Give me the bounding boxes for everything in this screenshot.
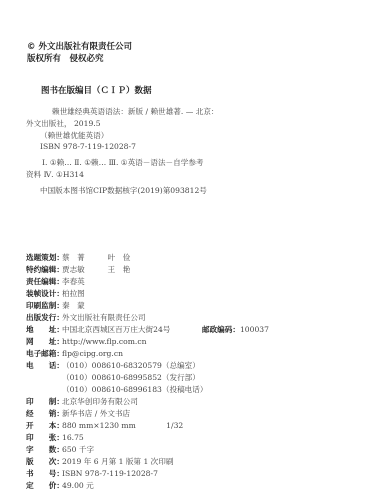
cip-line-4: ISBN 978-7-119-12028-7 — [40, 142, 136, 151]
credit-row: （010）008610-68996183（投稿电话） — [26, 384, 207, 396]
credit-row: 印刷监制：秦 蒙 — [26, 300, 85, 312]
credit-row: 版 次：2019 年 6 月第 1 版第 1 次印刷 — [26, 456, 173, 468]
credit-row: 电子邮箱：flp@cipg.org.cn — [26, 348, 123, 360]
credit-row: 印 张：16.75 — [26, 432, 84, 444]
cip-line-5: Ⅰ. ①赖… Ⅱ. ①赖… Ⅲ. ①英语－语法－自学参考 — [42, 157, 204, 168]
credit-row: 出版发行：外文出版社有限责任公司 — [26, 312, 146, 324]
credit-row: 电 话：（010）008610-68320579（总编室） — [26, 360, 200, 372]
cip-number: 中国版本图书馆CIP数据核字(2019)第093812号 — [40, 185, 207, 196]
cip-title: 图书在版编目（ＣＩＰ）数据 — [41, 84, 152, 96]
credit-row: 地 址：中国北京西城区百万庄大街24号 — [26, 324, 170, 336]
credit-row: 责任编辑：李春英 — [26, 276, 85, 288]
cip-line-2: 外文出版社， 2019.5 — [26, 118, 101, 129]
credit-row: 特约编辑：贾志敏 王 艳 — [26, 264, 130, 276]
credit-row: 开 本：880 mm×1230 mm 1/32 — [26, 420, 183, 432]
credit-row: 经 销：新华书店 / 外文书店 — [26, 408, 130, 420]
credit-row: 字 数：650 千字 — [26, 444, 94, 456]
credit-row: 定 价：49.00 元 — [26, 480, 94, 492]
credit-row: 网 址：http://www.flp.com.cn — [26, 336, 146, 348]
credit-row: 装帧设计：柏拉图 — [26, 288, 85, 300]
credit-row: （010）008610-68995852（发行部） — [26, 372, 200, 384]
credit-row: 书 号：ISBN 978-7-119-12028-7 — [26, 468, 158, 480]
postal-code: 邮政编码：100037 — [202, 324, 269, 336]
credit-row: 选题策划：蔡 菁 叶 俭 — [26, 252, 130, 264]
cip-line-1: 赖世雄经典英语语法：新版 / 赖世雄著. — 北京： — [52, 106, 219, 117]
cip-line-3: （赖世雄优能英语） — [40, 130, 108, 141]
rights-reserved: 版权所有 侵权必究 — [27, 53, 132, 65]
credit-row: 印 制：北京华创印务有限公司 — [26, 396, 138, 408]
copyright-holder: © 外文出版社有限责任公司 — [27, 41, 132, 53]
copyright-block: © 外文出版社有限责任公司 版权所有 侵权必究 — [27, 41, 132, 65]
cip-line-6: 资料 Ⅳ. ①H314 — [26, 169, 84, 180]
